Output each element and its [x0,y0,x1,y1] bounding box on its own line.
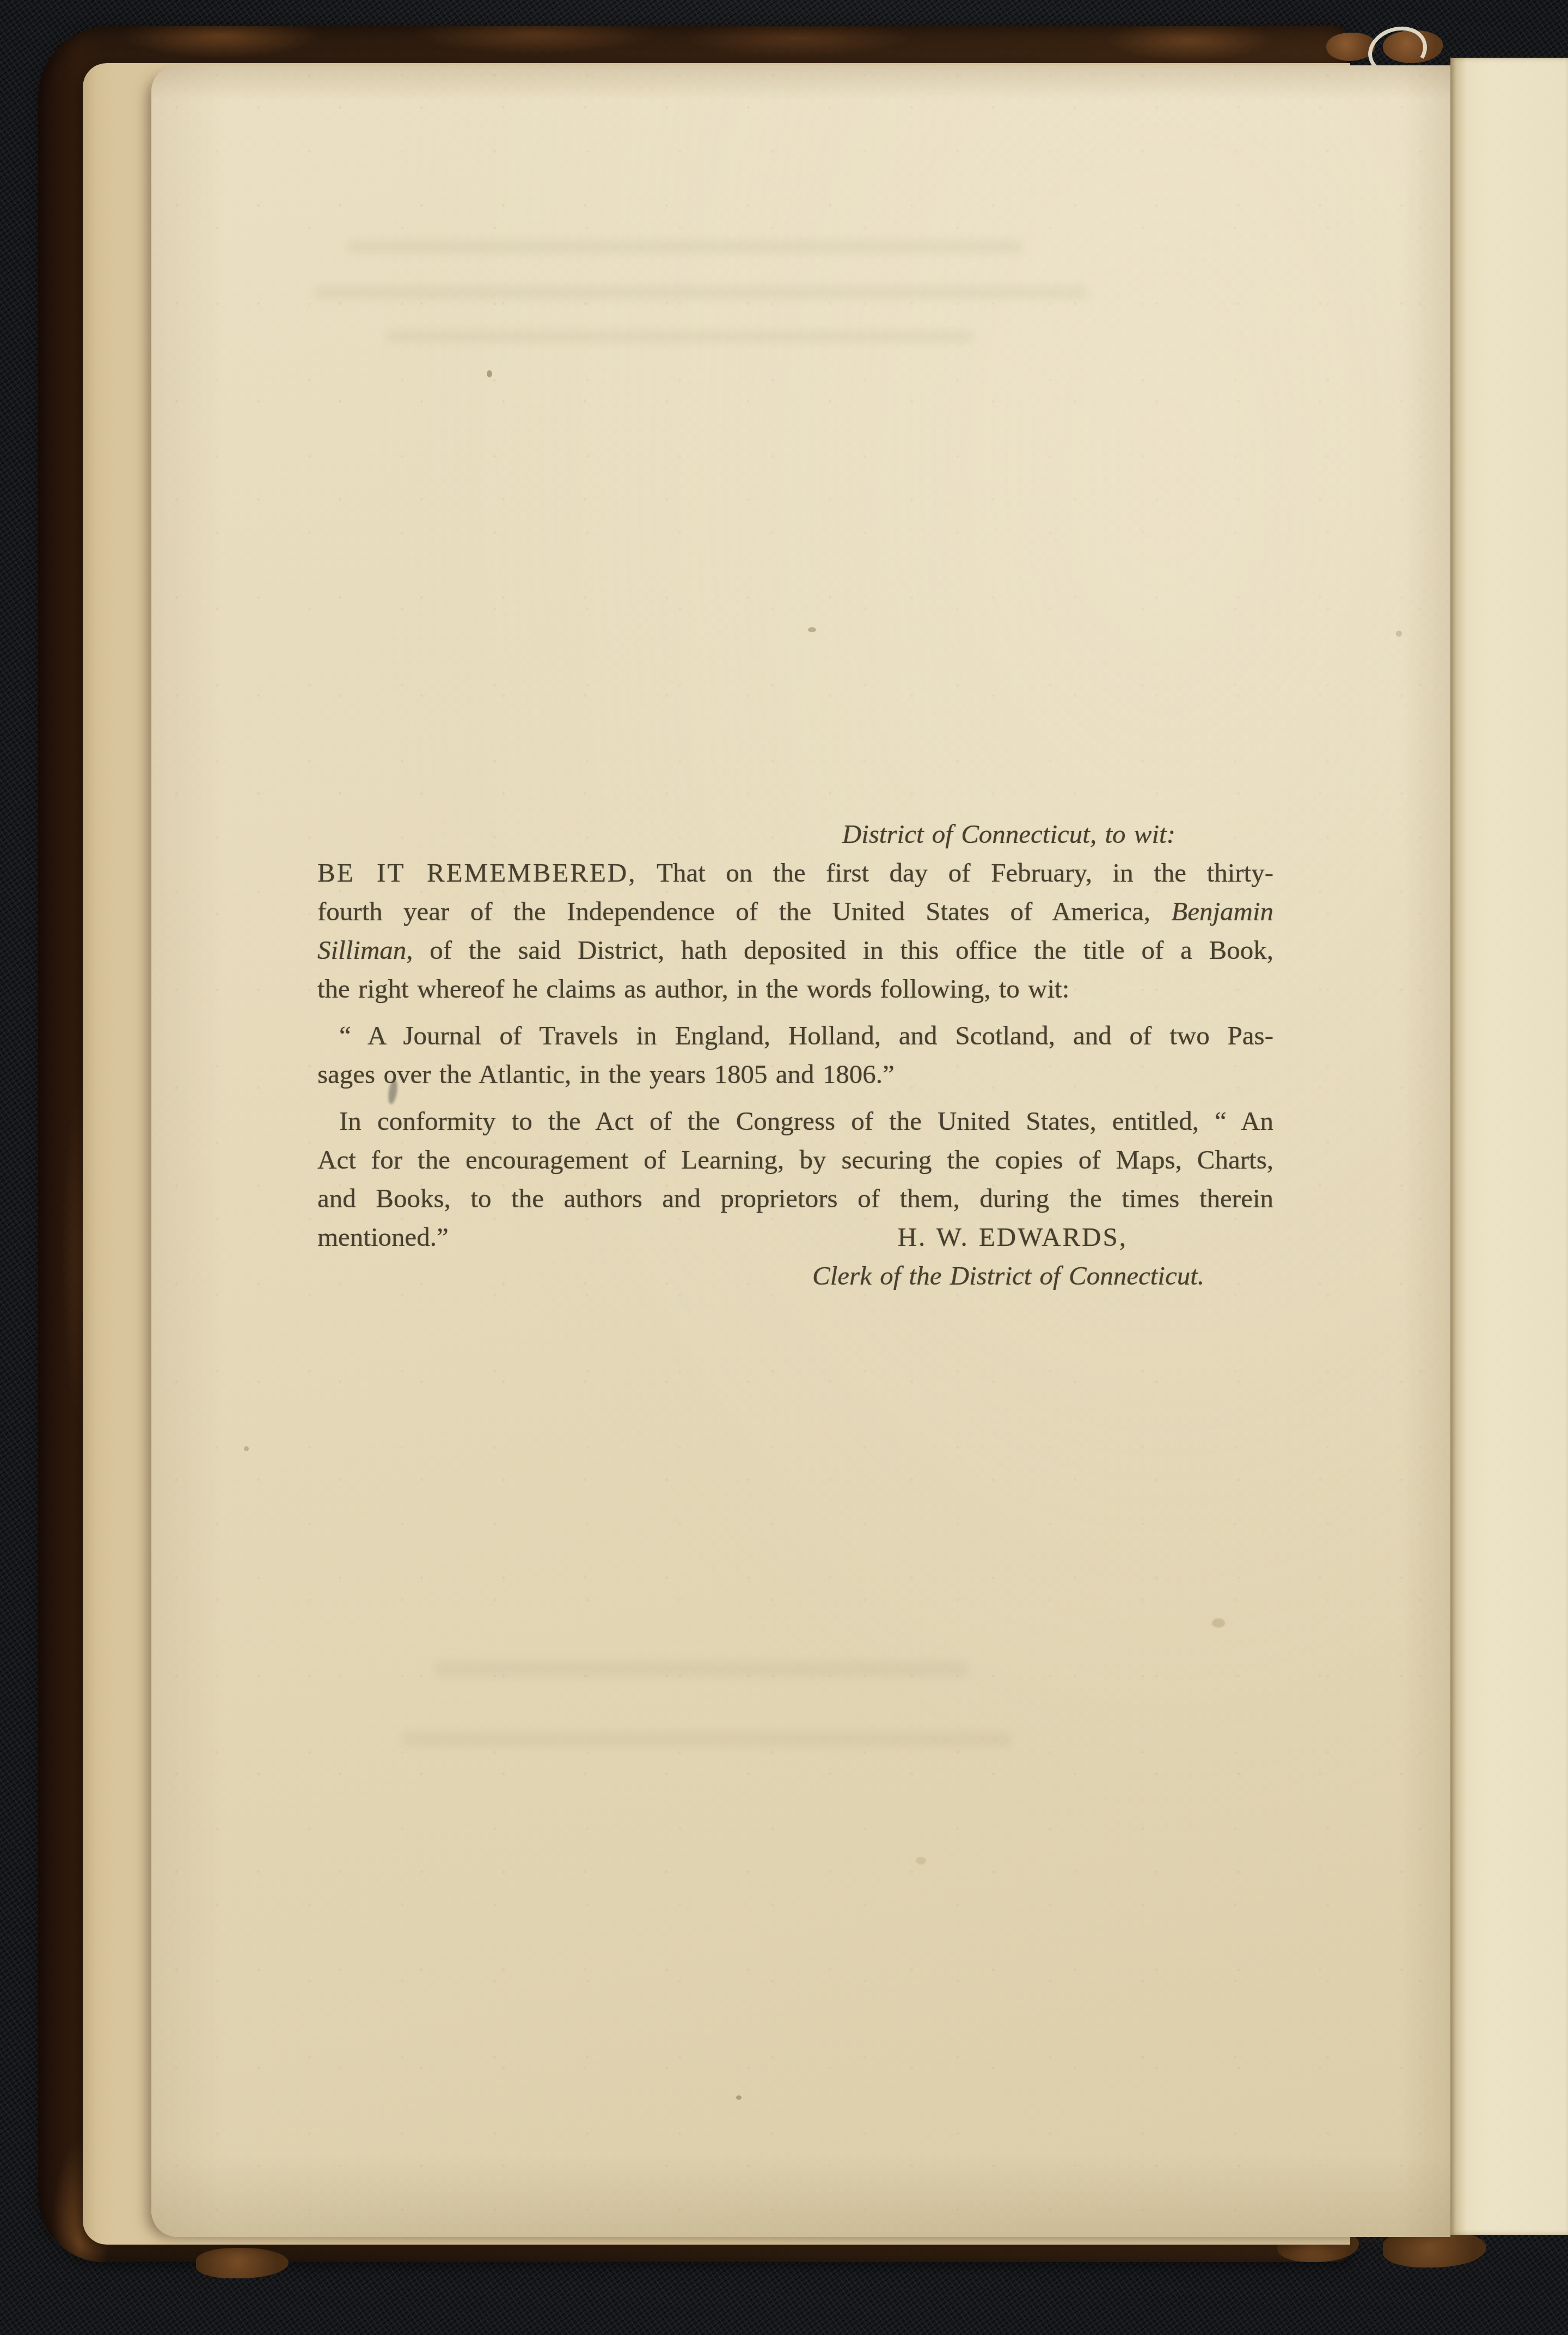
notice-line: the right whereof he claims as author, i… [317,969,1273,1008]
show-through-ghost [385,330,973,343]
notice-line: Act for the encouragement of Learning, b… [317,1140,1273,1179]
notice-line: In conformity to the Act of the Congress… [317,1102,1273,1140]
signatory-name: H. W. EDWARDS, [898,1218,1128,1256]
jurisdiction-line: District of Connecticut, to wit: [317,815,1273,853]
stain-spot [244,1446,249,1451]
notice-line: fourth year of the Independence of the U… [317,892,1273,931]
show-through-ghost [402,1732,1012,1747]
photo-backdrop-fabric: District of Connecticut, to wit: BE IT R… [0,0,1568,2335]
signature-line: mentioned.”H. W. EDWARDS, [317,1218,1273,1256]
stain-spot [736,2095,742,2100]
notice-line: Silliman, of the said District, hath dep… [317,931,1273,969]
show-through-ghost [315,285,1088,299]
notice-line: and Books, to the authors and proprietor… [317,1179,1273,1218]
book-title-line: “ A Journal of Travels in England, Holla… [317,1016,1273,1055]
signatory-title: Clerk of the District of Connecticut. [317,1256,1273,1295]
stain-spot [916,1857,926,1865]
facing-page-gutter-edge [1450,58,1568,2235]
copyright-notice: District of Connecticut, to wit: BE IT R… [317,815,1273,1295]
book-title-line: sages over the Atlantic, in the years 18… [317,1055,1273,1093]
stain-spot [1396,631,1402,637]
binding-fuzz [196,2248,289,2278]
show-through-ghost [347,240,1022,254]
show-through-ghost [434,1661,968,1677]
notice-line: BE IT REMEMBERED, That on the first day … [317,853,1273,892]
book-page: District of Connecticut, to wit: BE IT R… [151,65,1450,2237]
stain-spot [487,370,492,377]
stain-spot [1212,1618,1225,1628]
stain-spot [808,627,816,632]
